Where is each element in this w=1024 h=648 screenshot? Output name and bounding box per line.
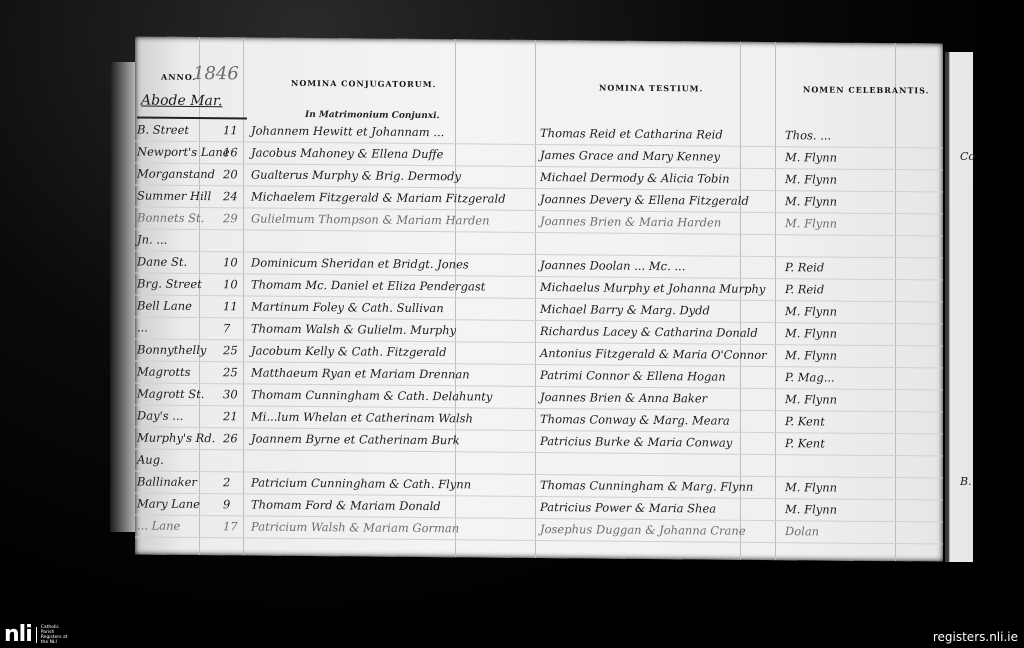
nli-logo[interactable]: nli Catholic Parish Registers at the NLI	[4, 625, 71, 645]
entry-day: 21	[223, 409, 238, 423]
entry-day: 9	[223, 497, 230, 511]
entry-celebrant: M. Flynn	[785, 172, 837, 186]
entry-couple: Jacobum Kelly & Cath. Fitzgerald	[251, 343, 447, 359]
entry-day: 7	[223, 321, 230, 335]
header-nomina-conjugatorum: NOMINA CONJUGATORUM.	[291, 78, 436, 89]
entry-couple: Matthaeum Ryan et Mariam Drennan	[251, 365, 470, 381]
entry-day: 25	[223, 365, 238, 379]
facing-page-fragment: B.	[960, 475, 972, 488]
entry-couple: Thomam Cunningham & Cath. Delahunty	[251, 387, 492, 403]
entry-abode: Summer Hill	[137, 188, 211, 203]
entry-celebrant: P. Mag...	[785, 370, 835, 384]
entry-abode: Bell Lane	[137, 298, 192, 312]
entry-celebrant: M. Flynn	[785, 392, 837, 406]
entry-day: 11	[223, 299, 238, 313]
entry-day: 10	[223, 277, 238, 291]
header-nomina-testium: NOMINA TESTIUM.	[599, 83, 703, 94]
entry-witnesses: Thomas Reid et Catharina Reid	[540, 126, 723, 142]
entry-couple: Patricium Walsh & Mariam Gorman	[251, 519, 459, 535]
entry-abode: Brg. Street	[137, 276, 202, 291]
entry-couple: Jacobus Mahoney & Ellena Duffe	[251, 145, 443, 161]
nli-logo-mark: nli	[4, 625, 32, 645]
entry-abode: Day's ...	[137, 408, 183, 422]
entry-day: 11	[223, 123, 238, 137]
entry-witnesses: Michaelus Murphy et Johanna Murphy	[540, 280, 765, 296]
entry-witnesses: Antonius Fitzgerald & Maria O'Connor	[540, 346, 767, 362]
entry-abode: Jn. ...	[137, 232, 167, 246]
register-page: ANNO. 1846 NOMINA CONJUGATORUM. In Matri…	[135, 36, 943, 561]
entry-abode: ... Lane	[137, 518, 180, 532]
entry-abode: Murphy's Rd.	[137, 430, 215, 445]
entry-celebrant: P. Reid	[785, 282, 824, 296]
entry-celebrant: P. Kent	[785, 414, 825, 428]
entry-witnesses: Michael Barry & Marg. Dydd	[540, 302, 710, 317]
entry-abode: Dane St.	[137, 254, 187, 268]
entry-witnesses: Michael Dermody & Alicia Tobin	[540, 170, 730, 186]
register-year: 1846	[193, 63, 239, 84]
entry-witnesses: James Grace and Mary Kenney	[540, 148, 720, 164]
entry-abode: Morganstand	[137, 166, 215, 181]
entry-day: 26	[223, 431, 238, 445]
entry-celebrant: M. Flynn	[785, 348, 837, 362]
entry-witnesses: Josephus Duggan & Johanna Crane	[540, 522, 746, 538]
entry-witnesses: Joannes Doolan ... Mc. ...	[540, 258, 685, 273]
entry-celebrant: M. Flynn	[785, 480, 837, 494]
entry-witnesses: Joannes Brien & Maria Harden	[540, 214, 721, 230]
entry-abode: Magrotts	[137, 364, 191, 378]
entry-day: 20	[223, 167, 238, 181]
entry-abode: Mary Lane	[137, 496, 200, 511]
entry-witnesses: Patricius Burke & Maria Conway	[540, 434, 732, 450]
entry-celebrant: P. Reid	[785, 260, 824, 274]
entry-abode: ...	[137, 320, 148, 334]
entry-couple: Thomam Mc. Daniel et Eliza Pendergast	[251, 277, 485, 293]
site-link[interactable]: registers.nli.ie	[933, 630, 1018, 644]
entry-day: 16	[223, 145, 238, 159]
entry-celebrant: M. Flynn	[785, 194, 837, 208]
entry-abode: Ballinaker	[137, 474, 197, 489]
header-in-matrimonium: In Matrimonium Conjunxi.	[305, 110, 440, 121]
entry-witnesses: Patricius Power & Maria Shea	[540, 500, 716, 516]
entry-witnesses: Joannes Brien & Anna Baker	[540, 390, 707, 405]
entry-celebrant: Dolan	[785, 524, 819, 538]
entry-couple: Johannem Hewitt et Johannam ...	[251, 123, 444, 139]
entry-abode: B. Street	[137, 122, 189, 136]
facing-page-fragment: Co	[960, 150, 975, 163]
entry-couple: Dominicum Sheridan et Bridgt. Jones	[251, 255, 469, 271]
entry-day: 17	[223, 519, 238, 533]
entry-celebrant: M. Flynn	[785, 502, 837, 516]
entry-abode: Bonnythelly	[137, 342, 206, 357]
entry-couple: Patricium Cunningham & Cath. Flynn	[251, 475, 471, 491]
header-nomen-celebrantis: NOMEN CELEBRANTIS.	[803, 84, 929, 95]
entry-witnesses: Thomas Conway & Marg. Meara	[540, 412, 730, 428]
entry-day: 25	[223, 343, 238, 357]
entry-couple: Thomam Ford & Mariam Donald	[251, 497, 441, 513]
entry-couple: Gulielmum Thompson & Mariam Harden	[251, 211, 490, 227]
row-rule	[135, 536, 943, 544]
entry-celebrant: M. Flynn	[785, 304, 837, 318]
entry-day: 10	[223, 255, 238, 269]
entry-witnesses: Patrimi Connor & Ellena Hogan	[540, 368, 726, 384]
abode-heading: Abode Mar.	[141, 93, 222, 110]
anno-label: ANNO.	[161, 72, 196, 82]
entry-celebrant: Thos. ...	[785, 128, 831, 142]
entry-abode: Bonnets St.	[137, 210, 204, 225]
entry-day: 29	[223, 211, 238, 225]
entry-celebrant: M. Flynn	[785, 326, 837, 340]
entry-day: 2	[223, 475, 230, 489]
entry-day: 24	[223, 189, 238, 203]
entry-couple: Mi...lum Whelan et Catherinam Walsh	[251, 409, 473, 425]
entry-couple: Martinum Foley & Cath. Sullivan	[251, 299, 444, 315]
entry-couple: Joannem Byrne et Catherinam Burk	[251, 431, 460, 447]
nli-logo-text: Catholic Parish Registers at the NLI	[41, 625, 71, 645]
entry-couple: Thomam Walsh & Gulielm. Murphy	[251, 321, 456, 337]
entry-celebrant: M. Flynn	[785, 150, 837, 164]
entry-celebrant: M. Flynn	[785, 216, 837, 230]
entry-witnesses: Thomas Cunningham & Marg. Flynn	[540, 478, 753, 494]
entry-couple: Michaelem Fitzgerald & Mariam Fitzgerald	[251, 189, 506, 205]
entry-abode: Newport's Lane	[137, 144, 230, 159]
heading-underline	[137, 116, 247, 119]
entry-abode: Aug.	[137, 452, 164, 466]
entry-day: 30	[223, 387, 238, 401]
entry-abode: Magrott St.	[137, 386, 204, 401]
entry-witnesses: Richardus Lacey & Catharina Donald	[540, 324, 758, 340]
logo-divider	[36, 627, 37, 643]
entry-couple: Gualterus Murphy & Brig. Dermody	[251, 167, 461, 183]
entry-celebrant: P. Kent	[785, 436, 825, 450]
entry-witnesses: Joannes Devery & Ellena Fitzgerald	[540, 192, 749, 208]
